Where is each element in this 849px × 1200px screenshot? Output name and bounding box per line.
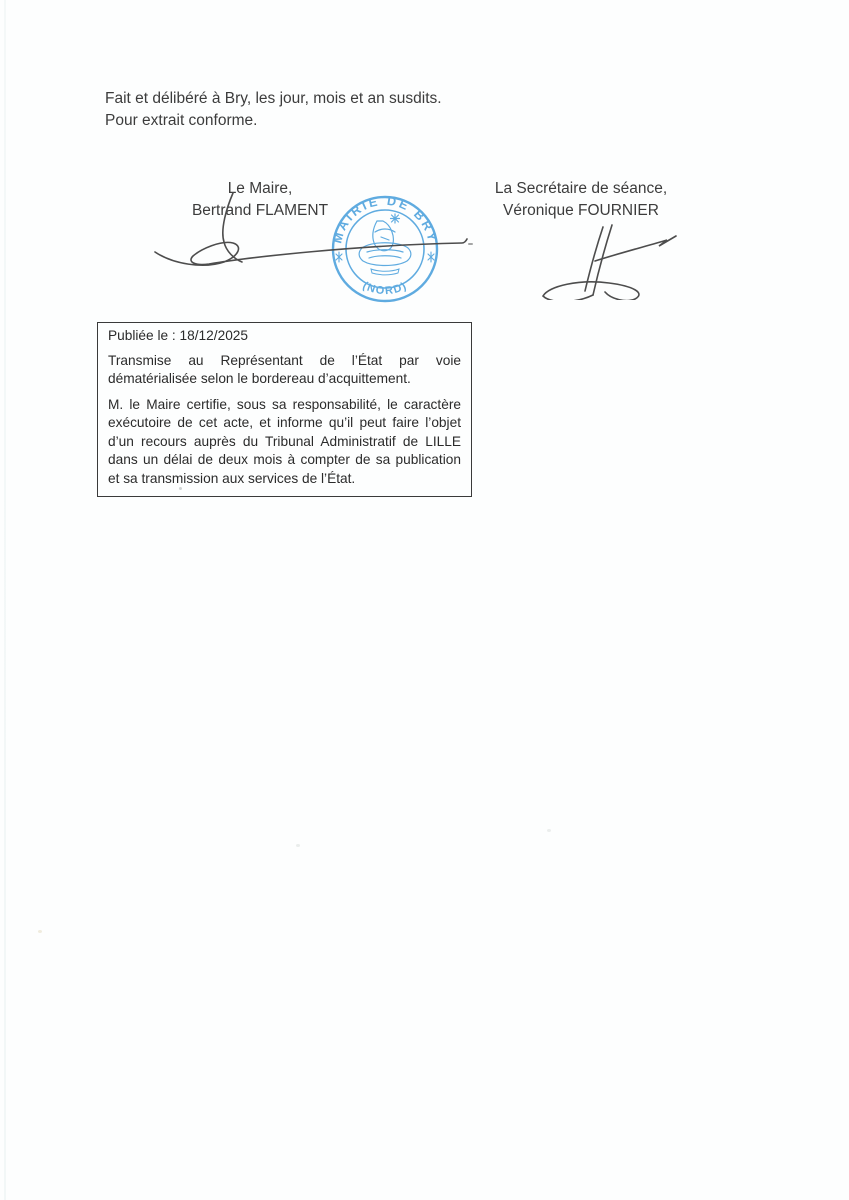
closing-line-2: Pour extrait conforme. [105,110,442,132]
secretary-signature-scribble [535,215,690,300]
secretary-role-label: La Secrétaire de séance, [471,178,691,200]
stamp-bottom-text: (NORD) [361,280,410,298]
executory-paragraph: M. le Maire certifie, sous sa responsabi… [108,396,461,489]
scan-speck [38,930,42,933]
scan-speck [547,829,551,832]
scanned-document-page: Fait et délibéré à Bry, les jour, mois e… [0,0,849,1200]
scan-speck [179,487,182,490]
closing-statement: Fait et délibéré à Bry, les jour, mois e… [105,88,442,132]
scan-edge-artifact [4,0,6,1200]
svg-text:(NORD): (NORD) [361,280,410,298]
scan-speck [468,243,473,245]
publication-box: Publiée le : 18/12/2025 Transmise au Rep… [97,322,472,497]
closing-line-1: Fait et délibéré à Bry, les jour, mois e… [105,88,442,110]
scan-speck [296,844,300,847]
mayor-signature-scribble [145,185,480,280]
publication-date-line: Publiée le : 18/12/2025 [108,327,461,346]
transmission-paragraph: Transmise au Représentant de l’État par … [108,352,461,389]
